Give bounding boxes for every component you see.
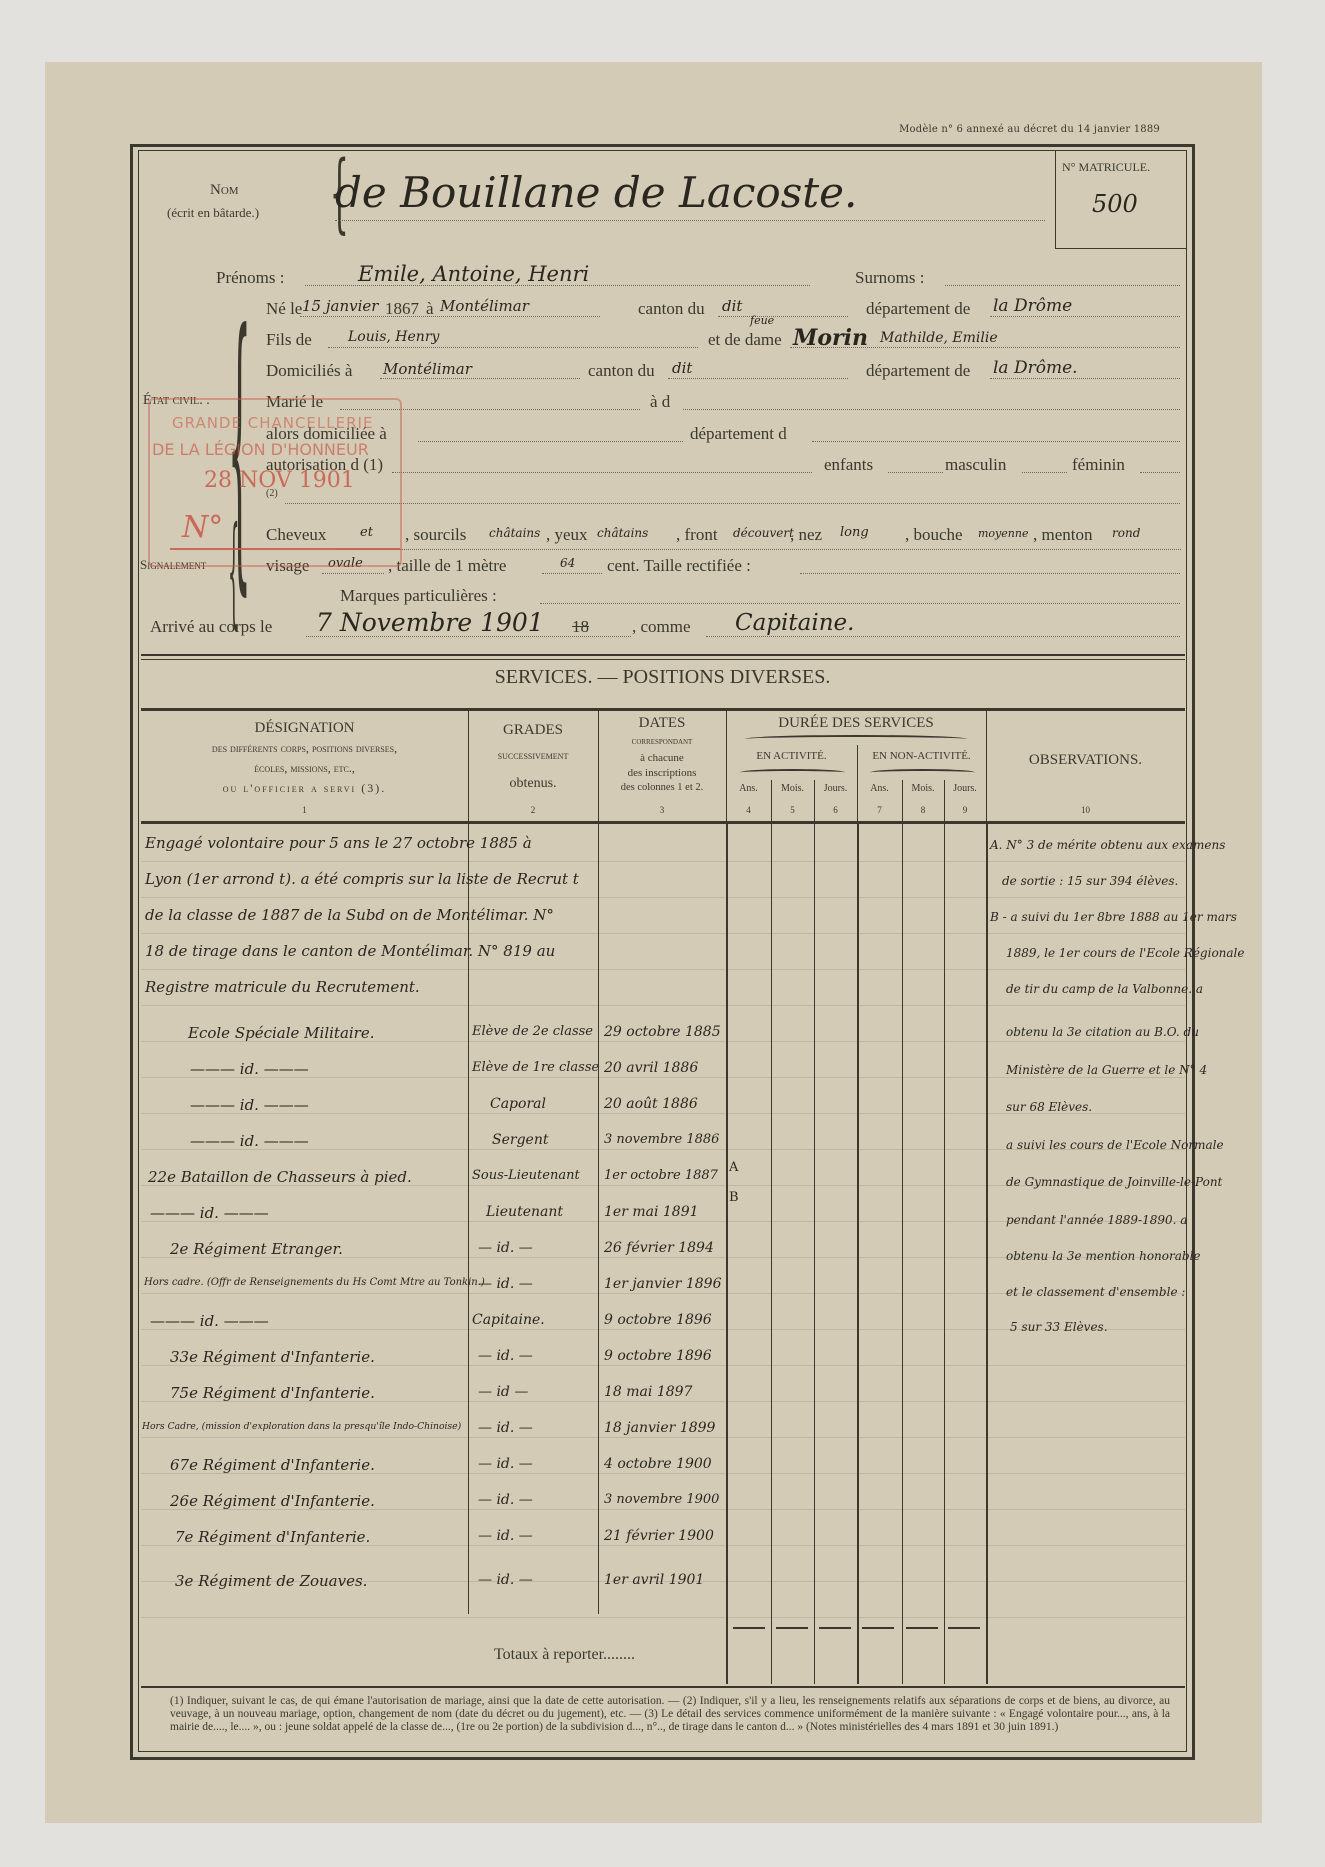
body-sep-5 <box>814 824 815 1684</box>
feminin-label: féminin <box>1072 455 1125 475</box>
taille-value: 64 <box>560 556 575 570</box>
domicile-canton-value: dit <box>672 359 692 377</box>
front-label: , front <box>676 525 718 545</box>
mother-label: et de dame <box>708 330 782 350</box>
total-dash-6 <box>819 1627 851 1629</box>
row-12-date: 18 janvier 1899 <box>604 1420 715 1436</box>
yeux-value: châtains <box>597 526 648 540</box>
col-num-7: 7 <box>857 805 902 815</box>
hdr-non-activite-brace <box>870 769 975 776</box>
arrival-struck-suffix: 18 <box>572 617 589 637</box>
row-5-designation: 22e Bataillon de Chasseurs à pied. <box>148 1168 412 1186</box>
hdr-jours-1: Jours. <box>814 783 857 794</box>
row-11-designation: 75e Régiment d'Infanterie. <box>170 1384 375 1402</box>
comme-label: , comme <box>632 617 691 637</box>
alors-dept-label: département d <box>690 424 787 444</box>
row-4-date: 3 novembre 1886 <box>604 1132 719 1147</box>
hdr-designation-sub1: des différents corps, positions diverses… <box>141 741 468 756</box>
autorisation-dotline <box>392 472 812 473</box>
marques-label: Marques particulières : <box>340 586 497 606</box>
intro-line-4: 18 de tirage dans le canton de Montélima… <box>145 942 555 960</box>
sourcils-value: châtains <box>489 526 540 540</box>
enfants-label: enfants <box>824 455 873 475</box>
hdr-non-activite: EN NON-ACTIVITÉ. <box>857 750 986 762</box>
footnote-rule <box>141 1686 1185 1688</box>
hdr-dates-sub1: correspondant <box>598 736 726 747</box>
obs-line-2: de sortie : 15 sur 394 élèves. <box>1002 874 1178 888</box>
hdr-designation: DÉSIGNATION <box>141 720 468 737</box>
row-6-designation: ——— id. ——— <box>150 1204 269 1222</box>
hdr-designation-sub3: ou l'officier a servi (3). <box>141 781 468 796</box>
body-sep-7 <box>902 824 903 1684</box>
bouche-label: , bouche <box>905 525 963 545</box>
hdr-grades: GRADES <box>468 722 598 739</box>
hdr-mois-2: Mois. <box>902 783 944 794</box>
domicile-value: Montélimar <box>383 360 472 378</box>
departement-label: département de <box>866 299 970 319</box>
canton-value: dit <box>722 297 742 315</box>
stamp-date: 28 NOV 1901 <box>204 468 355 493</box>
col-num-3: 3 <box>598 805 726 815</box>
domicile-label: Domiciliés à <box>266 361 352 381</box>
row-9-grade: Capitaine. <box>472 1312 545 1328</box>
enfants-dotline <box>888 472 943 473</box>
row-11-grade: — id — <box>478 1384 528 1400</box>
totals-label: Totaux à reporter........ <box>494 1646 635 1664</box>
row-14-date: 3 novembre 1900 <box>604 1492 719 1507</box>
obs-line-7: Ministère de la Guerre et le N° 4 <box>1006 1063 1207 1077</box>
row-2-designation: ——— id. ——— <box>190 1060 309 1078</box>
services-top-rule-1 <box>141 654 1185 656</box>
ne-le-label: Né le <box>266 299 302 319</box>
birth-day: 15 janvier <box>302 297 378 315</box>
sourcils-label: , sourcils <box>405 525 466 545</box>
row-1-grade: Elève de 2e classe <box>472 1024 593 1039</box>
hdr-jours-2: Jours. <box>944 783 986 794</box>
obs-line-13: et le classement d'ensemble : <box>1006 1285 1185 1299</box>
domicile-dept-dotline <box>990 378 1180 379</box>
note2-dotline <box>285 503 1180 504</box>
departement-value: la Drôme <box>993 296 1072 316</box>
fils-label: Fils de <box>266 330 312 350</box>
row-2-grade: Elève de 1re classe <box>472 1060 599 1075</box>
row-3-grade: Caporal <box>490 1096 546 1112</box>
row-7-designation: 2e Régiment Etranger. <box>170 1240 343 1258</box>
body-sep-4 <box>771 824 772 1684</box>
body-sep-9 <box>986 824 988 1684</box>
services-title: SERVICES. — POSITIONS DIVERSES. <box>0 666 1325 689</box>
hdr-observations: OBSERVATIONS. <box>986 752 1185 769</box>
row-13-designation: 67e Régiment d'Infanterie. <box>170 1456 375 1474</box>
stamp-underline <box>170 548 400 550</box>
obs-line-10: de Gymnastique de Joinville-le-Pont <box>1006 1175 1222 1189</box>
col-num-5: 5 <box>771 805 814 815</box>
row-10-grade: — id. — <box>478 1348 533 1364</box>
row-15-date: 21 février 1900 <box>604 1528 714 1544</box>
prenoms-value: Emile, Antoine, Henri <box>358 262 589 286</box>
row-15-designation: 7e Régiment d'Infanterie. <box>175 1528 370 1546</box>
row-4-designation: ——— id. ——— <box>190 1132 309 1150</box>
row-8-grade: — id. — <box>478 1276 533 1292</box>
yeux-label: , yeux <box>546 525 588 545</box>
intro-line-2: Lyon (1er arrond t). a été compris sur l… <box>145 870 579 888</box>
total-dash-8 <box>906 1627 938 1629</box>
taille-label: , taille de 1 mètre <box>388 556 506 576</box>
row-5-grade: Sous-Lieutenant <box>472 1168 580 1183</box>
nom-label: Nom <box>210 182 239 199</box>
visage-dotline <box>322 573 384 574</box>
domicile-dept-label: département de <box>866 361 970 381</box>
row-10-date: 9 octobre 1896 <box>604 1348 712 1364</box>
canton-label: canton du <box>638 299 705 319</box>
obs-line-12: obtenu la 3e mention honorable <box>1006 1249 1201 1263</box>
row-12-grade: — id. — <box>478 1420 533 1436</box>
surnoms-dotline <box>945 285 1180 286</box>
row-3-designation: ——— id. ——— <box>190 1096 309 1114</box>
obs-line-9: a suivi les cours de l'Ecole Normale <box>1006 1138 1224 1152</box>
services-top-rule-2 <box>141 659 1185 660</box>
row-6-date: 1er mai 1891 <box>604 1204 699 1220</box>
stamp-number-label: N° <box>182 510 223 545</box>
domicile-dotline <box>380 378 580 379</box>
model-note: Modèle n° 6 annexé au décret du 14 janvi… <box>899 124 1160 135</box>
col-num-8: 8 <box>902 805 944 815</box>
table-header-top-rule <box>141 708 1185 711</box>
row-6-grade: Lieutenant <box>486 1204 563 1220</box>
row-9-date: 9 octobre 1896 <box>604 1312 712 1328</box>
col-num-1: 1 <box>141 805 468 815</box>
taille-dotline <box>542 573 602 574</box>
bouche-value: moyenne <box>978 527 1028 540</box>
marie-a-label: à d <box>650 392 670 412</box>
domicile-dept-value: la Drôme. <box>993 358 1078 378</box>
domicile-canton-dotline <box>668 378 848 379</box>
intro-line-3: de la classe de 1887 de la Subd on de Mo… <box>145 906 554 924</box>
hdr-activite-brace <box>740 769 845 776</box>
col-num-6: 6 <box>814 805 857 815</box>
nom-sublabel: (écrit en bâtarde.) <box>167 205 259 221</box>
row-14-designation: 26e Régiment d'Infanterie. <box>170 1492 375 1510</box>
nom-dotline <box>335 220 1045 221</box>
col-num-9: 9 <box>944 805 986 815</box>
row-11-date: 18 mai 1897 <box>604 1384 692 1400</box>
birth-place-prefix: à <box>426 299 434 319</box>
alors-dotline <box>418 441 683 442</box>
cheveux-dotline <box>336 549 1181 550</box>
feminin-dotline <box>1140 472 1180 473</box>
row-3-date: 20 août 1886 <box>604 1096 698 1112</box>
nez-value: long <box>840 525 869 540</box>
body-sep-2 <box>598 824 599 1614</box>
obs-line-11: pendant l'année 1889-1890. a <box>1006 1213 1187 1227</box>
front-value: découvert <box>733 526 794 540</box>
birth-year: 1867 <box>385 299 419 319</box>
row-16-grade: — id. — <box>478 1572 533 1588</box>
cent-label: cent. Taille rectifiée : <box>607 556 751 576</box>
arrival-date: 7 Novembre 1901 <box>316 608 544 637</box>
row-8-date: 1er janvier 1896 <box>604 1276 721 1292</box>
col-num-10: 10 <box>986 805 1185 815</box>
menton-value: rond <box>1112 526 1140 540</box>
stamp-line2: DE LA LÉGION D'HONNEUR <box>152 440 369 459</box>
nom-value: de Bouillane de Lacoste. <box>335 168 857 217</box>
hdr-grades-sub2: obtenus. <box>468 776 598 792</box>
hdr-ans-1: Ans. <box>726 783 771 794</box>
row-13-date: 4 octobre 1900 <box>604 1456 712 1472</box>
row-1-date: 29 octobre 1885 <box>604 1024 721 1040</box>
row-12-designation: Hors Cadre, (mission d'exploration dans … <box>142 1421 461 1432</box>
col-num-2: 2 <box>468 805 598 815</box>
menton-label: , menton <box>1033 525 1093 545</box>
hdr-dates-sub3: des inscriptions <box>598 767 726 779</box>
row-5-date: 1er octobre 1887 <box>604 1168 718 1183</box>
surnoms-label: Surnoms : <box>855 268 924 288</box>
hdr-duree: DURÉE DES SERVICES <box>726 715 986 732</box>
obs-line-1: A. N° 3 de mérite obtenu aux examens <box>990 838 1225 852</box>
taille-rectifiee-dotline <box>800 573 1180 574</box>
intro-line-1: Engagé volontaire pour 5 ans le 27 octob… <box>145 834 532 852</box>
marie-a-dotline <box>683 409 1180 410</box>
row-16-designation: 3e Régiment de Zouaves. <box>175 1572 367 1590</box>
footnote: (1) Indiquer, suivant le cas, de qui éma… <box>170 1695 1170 1734</box>
canton-dotline <box>718 316 848 317</box>
obs-line-14: 5 sur 33 Elèves. <box>1010 1320 1108 1334</box>
nez-label: , nez <box>790 525 822 545</box>
hdr-mois-1: Mois. <box>771 783 814 794</box>
obs-line-4: 1889, le 1er cours de l'Ecole Régionale <box>1006 946 1245 960</box>
mother-given: Mathilde, Emilie <box>880 330 998 346</box>
body-sep-3 <box>726 824 728 1684</box>
mother-annotation: feue <box>750 314 774 327</box>
father-name: Louis, Henry <box>348 329 439 345</box>
total-dash-4 <box>733 1627 765 1629</box>
obs-line-8: sur 68 Elèves. <box>1006 1100 1092 1114</box>
obs-line-5: de tir du camp de la Valbonne. a <box>1006 982 1203 996</box>
matricule-value: 500 <box>1092 190 1138 218</box>
row-9-designation: ——— id. ——— <box>150 1312 269 1330</box>
alors-dept-dotline <box>812 441 1180 442</box>
total-dash-9 <box>948 1627 980 1629</box>
hdr-dates: DATES <box>598 715 726 732</box>
row-7-grade: — id. — <box>478 1240 533 1256</box>
hdr-designation-sub2: écoles, missions, etc., <box>141 761 468 776</box>
row-16-date: 1er avril 1901 <box>604 1572 704 1588</box>
row-7-date: 26 février 1894 <box>604 1240 714 1256</box>
matricule-label: N° MATRICULE. <box>1062 160 1150 175</box>
departement-dotline <box>990 316 1180 317</box>
row-4-grade: Sergent <box>492 1132 548 1148</box>
row-13-grade: — id. — <box>478 1456 533 1472</box>
hdr-duree-brace <box>745 735 967 743</box>
margin-mark-a: A <box>729 1160 738 1175</box>
table-header-bottom-rule <box>141 821 1185 824</box>
total-dash-7 <box>862 1627 894 1629</box>
birth-place: Montélimar <box>440 297 529 315</box>
row-2-date: 20 avril 1886 <box>604 1060 698 1076</box>
hdr-ans-2: Ans. <box>857 783 902 794</box>
row-1-designation: Ecole Spéciale Militaire. <box>188 1024 375 1042</box>
row-8-designation: Hors cadre. (Offr de Renseignements du H… <box>144 1277 485 1288</box>
mother-surname: Morin <box>793 325 868 351</box>
intro-line-5: Registre matricule du Recrutement. <box>145 978 420 996</box>
row-10-designation: 33e Régiment d'Infanterie. <box>170 1348 375 1366</box>
col-num-4: 4 <box>726 805 771 815</box>
row-15-grade: — id. — <box>478 1528 533 1544</box>
comme-value: Capitaine. <box>735 610 854 636</box>
total-dash-5 <box>776 1627 808 1629</box>
stamp-line1: GRANDE CHANCELLERIE <box>172 414 373 432</box>
masculin-label: masculin <box>945 455 1006 475</box>
chancellerie-stamp: GRANDE CHANCELLERIE DE LA LÉGION D'HONNE… <box>148 398 402 567</box>
hdr-dates-sub4: des colonnes 1 et 2. <box>598 782 726 793</box>
hdr-grades-sub1: successivement <box>468 750 598 762</box>
row-14-grade: — id. — <box>478 1492 533 1508</box>
hdr-dates-sub2: à chacune <box>598 752 726 764</box>
hdr-activite: EN ACTIVITÉ. <box>726 750 857 762</box>
marques-dotline <box>540 603 1180 604</box>
body-sep-6 <box>857 824 859 1684</box>
obs-line-3: B - a suivi du 1er 8bre 1888 au 1er mars <box>990 910 1237 924</box>
margin-mark-b: B <box>729 1190 739 1205</box>
comme-dotline <box>706 636 1180 637</box>
masculin-dotline <box>1022 472 1067 473</box>
ne-le-dotline <box>300 316 600 317</box>
obs-line-6: obtenu la 3e citation au B.O. du <box>1006 1025 1199 1039</box>
body-sep-8 <box>944 824 945 1684</box>
domicile-canton-label: canton du <box>588 361 655 381</box>
father-dotline <box>328 347 698 348</box>
arrival-label: Arrivé au corps le <box>150 617 272 637</box>
